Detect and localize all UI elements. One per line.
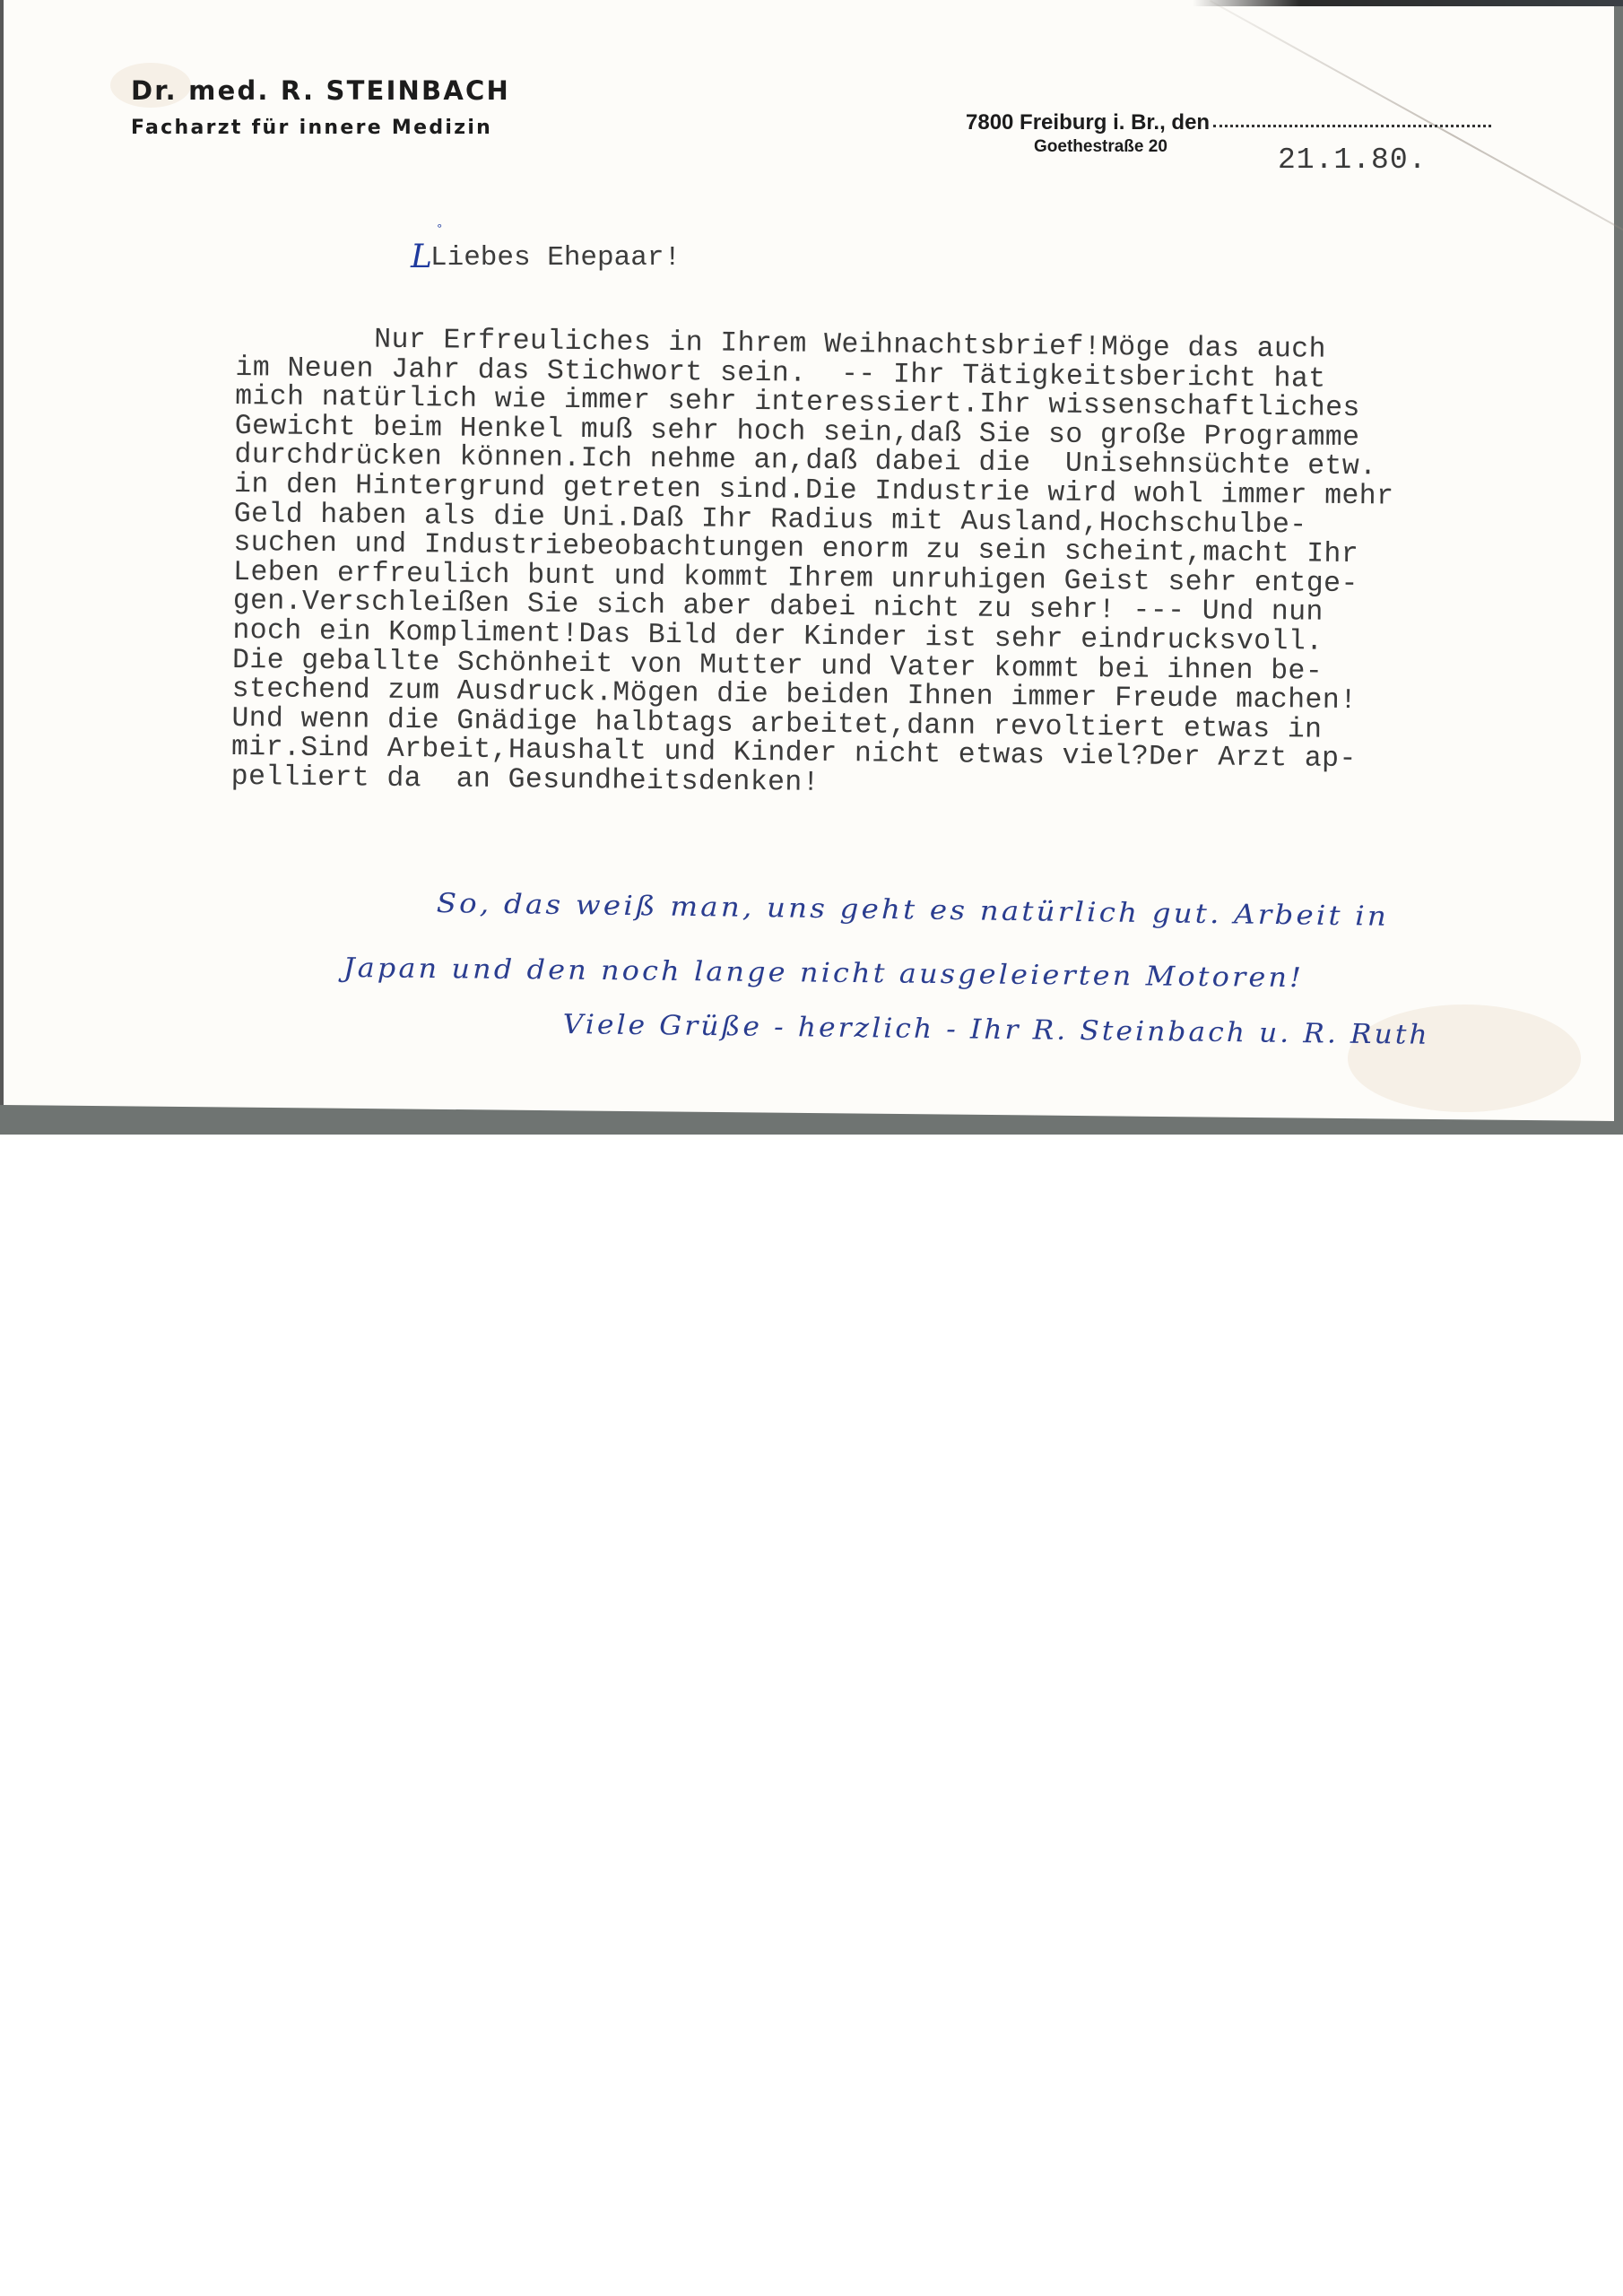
city-line: 7800 Freiburg i. Br., den bbox=[966, 110, 1210, 135]
salutation-text: Liebes Ehepaar! bbox=[430, 242, 681, 274]
letterhead-city: 7800 Freiburg i. Br., den bbox=[966, 110, 1491, 135]
letter-date: 21.1.80. bbox=[1278, 143, 1427, 177]
letterhead-title: Facharzt für innere Medizin bbox=[131, 117, 492, 139]
paper-left-edge bbox=[0, 0, 4, 1105]
ink-correction-l: L bbox=[411, 239, 432, 275]
letter-body: Nur Erfreuliches in Ihrem Weihnachtsbrie… bbox=[231, 325, 1581, 806]
letterhead-street: Goethestraße 20 bbox=[1034, 137, 1167, 157]
ink-correction-dot: ° bbox=[436, 222, 443, 237]
salutation: L ° Liebes Ehepaar! bbox=[430, 242, 681, 274]
paper-top-shadow bbox=[1193, 0, 1623, 6]
letterhead-name: Dr. med. R. STEINBACH bbox=[131, 75, 510, 106]
date-dotted-line bbox=[1213, 125, 1491, 127]
